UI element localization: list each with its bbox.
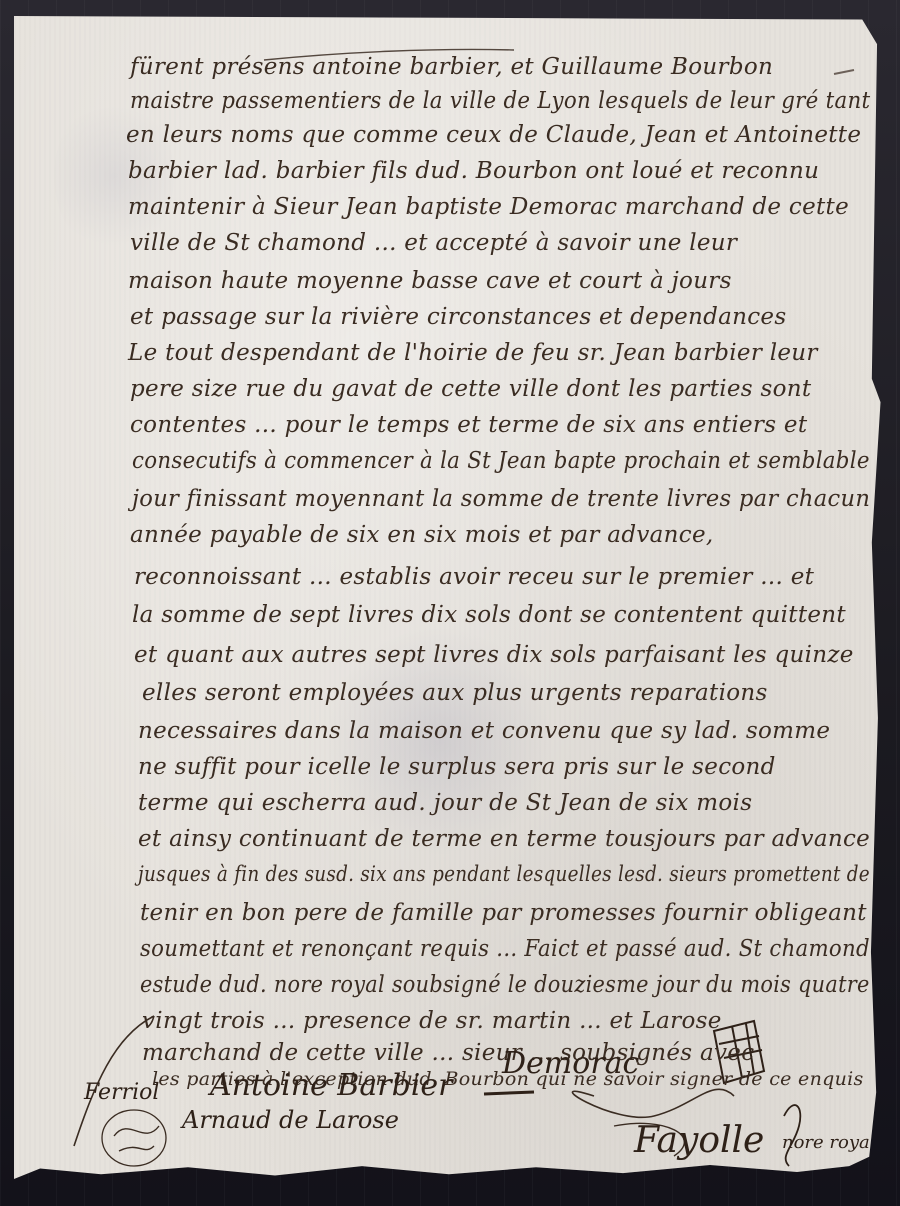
manuscript-line: barbier lad. barbier fils dud. Bourbon o… — [128, 158, 819, 184]
manuscript-line: en leurs noms que comme ceux de Claude, … — [126, 122, 861, 148]
signature-ferriol: Ferriol — [84, 1080, 159, 1105]
manuscript-line: elles seront employées aux plus urgents … — [142, 680, 768, 706]
signature-arnaud-de-larose: Arnaud de Larose — [182, 1106, 399, 1134]
manuscript-line: pere size rue du gavat de cette ville do… — [130, 376, 811, 402]
manuscript-line: vingt trois ... presence de sr. martin .… — [142, 1008, 722, 1034]
manuscript-page: fürent présens antoine barbier, et Guill… — [14, 16, 884, 1186]
manuscript-line: contentes ... pour le temps et terme de … — [130, 412, 807, 438]
manuscript-line: jusques à fin des susd. six ans pendant … — [138, 862, 870, 886]
manuscript-line: fürent présens antoine barbier, et Guill… — [130, 54, 773, 80]
manuscript-line: et ainsy continuant de terme en terme to… — [138, 826, 870, 852]
signature-nore-royal: nore royal — [782, 1132, 876, 1153]
manuscript-line: tenir en bon pere de famille par promess… — [140, 900, 867, 926]
manuscript-line: ville de St chamond ... et accepté à sav… — [130, 230, 737, 256]
signature-antoine-barbier: Antoine Barbier — [210, 1068, 452, 1103]
manuscript-line: année payable de six en six mois et par … — [130, 522, 713, 548]
manuscript-line: ne suffit pour icelle le surplus sera pr… — [138, 754, 776, 780]
manuscript-line: necessaires dans la maison et convenu qu… — [138, 718, 830, 744]
signature-fayolle: Fayolle — [634, 1120, 764, 1161]
manuscript-line: maintenir à Sieur Jean baptiste Demorac … — [128, 194, 849, 220]
manuscript-line: consecutifs à commencer à la St Jean bap… — [132, 448, 870, 474]
manuscript-line: maison haute moyenne basse cave et court… — [128, 268, 732, 294]
manuscript-line: marchand de cette ville ... sieur ... so… — [142, 1040, 754, 1066]
signature-demorac: Demorac — [502, 1046, 639, 1081]
manuscript-line: maistre passementiers de la ville de Lyo… — [130, 88, 870, 114]
manuscript-line: et passage sur la rivière circonstances … — [130, 304, 786, 330]
manuscript-line: et quant aux autres sept livres dix sols… — [134, 642, 854, 668]
manuscript-line: jour finissant moyennant la somme de tre… — [132, 486, 870, 512]
manuscript-line: reconnoissant ... establis avoir receu s… — [134, 564, 814, 590]
manuscript-line: la somme de sept livres dix sols dont se… — [132, 602, 846, 628]
manuscript-line: estude dud. nore royal soubsigné le douz… — [140, 972, 870, 998]
manuscript-line: soumettant et renonçant requis ... Faict… — [140, 936, 870, 962]
manuscript-line: Le tout despendant de l'hoirie de feu sr… — [128, 340, 818, 366]
manuscript-line: terme qui escherra aud. jour de St Jean … — [138, 790, 752, 816]
